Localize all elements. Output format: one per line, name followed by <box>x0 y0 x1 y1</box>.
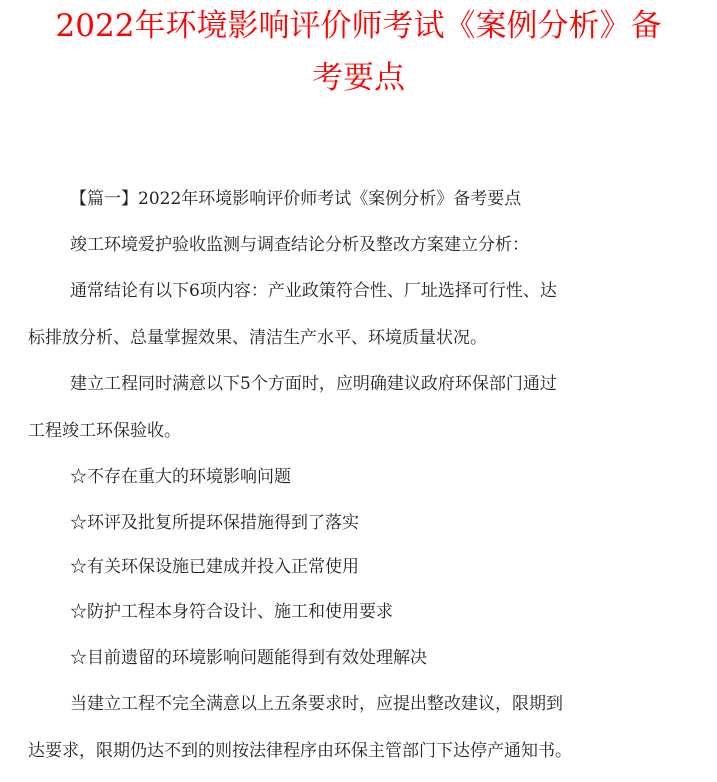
list-item: ☆环评及批复所提环保措施得到了落实 <box>70 512 359 534</box>
section-heading: 【篇一】2022年环境影响评价师考试《案例分析》备考要点 <box>70 188 521 210</box>
paragraph: 通常结论有以下6项内容：产业政策符合性、厂址选择可行性、达 <box>70 280 557 302</box>
list-item: ☆不存在重大的环境影响问题 <box>70 466 291 488</box>
paragraph-continuation: 达要求，限期仍达不到的则按法律程序由环保主管部门下达停产通知书。 <box>28 740 572 762</box>
paragraph-continuation: 标排放分析、总量掌握效果、清洁生产水平、环境质量状况。 <box>28 327 487 349</box>
paragraph: 建立工程同时满意以下5个方面时，应明确建议政府环保部门通过 <box>70 373 557 395</box>
paragraph: 竣工环境爱护验收监测与调查结论分析及整改方案建立分析： <box>70 234 529 256</box>
list-item: ☆有关环保设施已建成并投入正常使用 <box>70 556 359 578</box>
paragraph-continuation: 工程竣工环保验收。 <box>28 420 181 442</box>
list-item: ☆目前遗留的环境影响问题能得到有效处理解决 <box>70 647 427 669</box>
paragraph: 当建立工程不完全满意以上五条要求时，应提出整改建议，限期到 <box>70 693 563 715</box>
list-item: ☆防护工程本身符合设计、施工和使用要求 <box>70 601 393 623</box>
document-title-line-2: 考要点 <box>0 60 717 96</box>
document-title-line-1: 2022年环境影响评价师考试《案例分析》备 <box>0 8 717 44</box>
